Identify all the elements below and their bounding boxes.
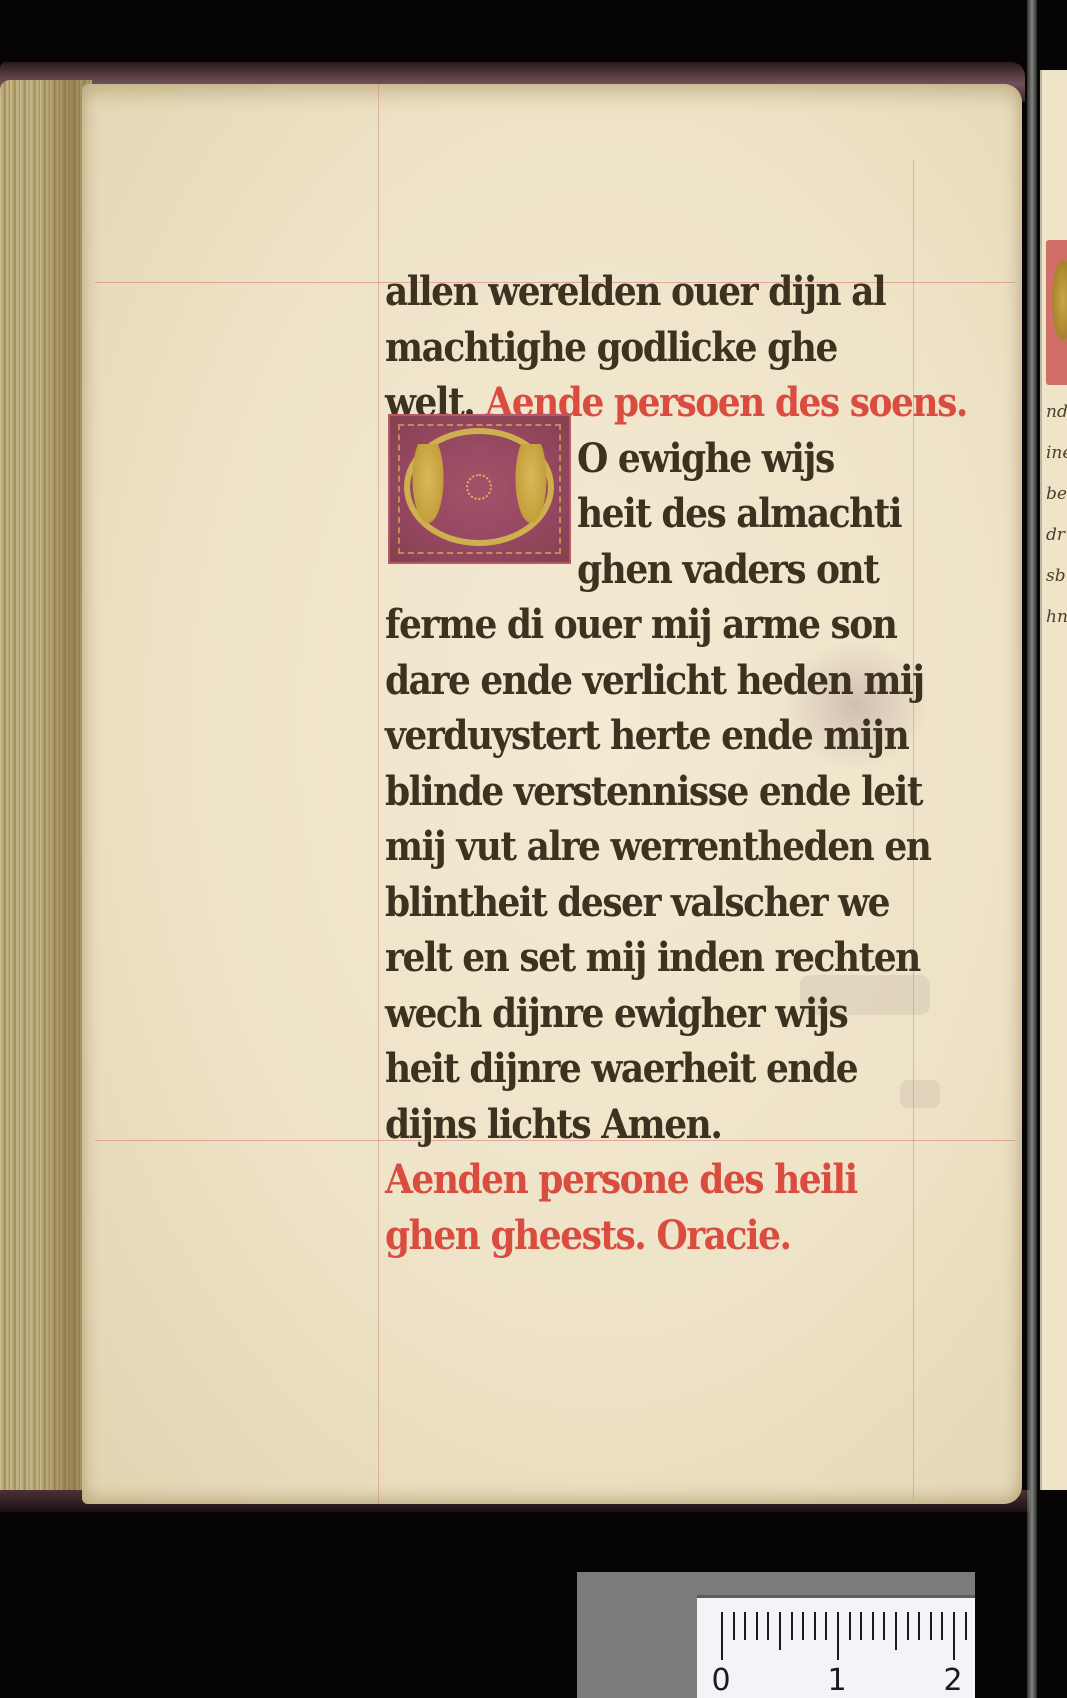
facing-fragment: dr <box>1046 515 1067 556</box>
ruler-tick <box>872 1612 874 1640</box>
facing-page-text: nd ine be dr sb hn <box>1046 392 1067 638</box>
decorated-initial <box>388 414 571 564</box>
ruler-tick <box>895 1612 897 1650</box>
acanthus-leaf-icon <box>410 444 446 530</box>
ruler-tick <box>814 1612 816 1640</box>
ruler-tick <box>791 1612 793 1640</box>
rubric-line: ghen gheests. Oracie. <box>385 1206 940 1268</box>
text-line: mij vut alre werrentheden en <box>385 818 940 880</box>
text-line: machtighe godlicke ghe <box>385 318 940 380</box>
ruler-tick <box>918 1612 920 1640</box>
ruler-tick <box>930 1612 932 1640</box>
ruler-tick <box>941 1612 943 1640</box>
ruler-tick <box>907 1612 909 1640</box>
text-line: verduystert herte ende mijn <box>385 707 940 769</box>
ruler-tick <box>802 1612 804 1640</box>
ruler-label-0: 0 <box>711 1663 730 1698</box>
acanthus-leaf-icon <box>513 444 549 530</box>
rosette-icon <box>466 474 492 500</box>
ruler-tick <box>849 1612 851 1640</box>
text-line: blintheit deser valscher we <box>385 873 940 935</box>
text-line: dare ende verlicht heden mij <box>385 651 940 713</box>
glass-plate-edge <box>1027 0 1037 1698</box>
text-line: wech dijnre ewigher wijs <box>385 984 940 1046</box>
text-line: blinde verstennisse ende leit <box>385 762 940 824</box>
facing-fragment: nd <box>1046 392 1067 433</box>
ruler-tick <box>860 1612 862 1640</box>
scale-ruler: 0 1 2 <box>697 1595 975 1698</box>
rubric-line: Aenden persone des heili <box>385 1151 940 1213</box>
ruler-tick <box>883 1612 885 1640</box>
ruler-label-1: 1 <box>827 1663 846 1698</box>
text-line: dijns lichts Amen. <box>385 1095 940 1157</box>
facing-initial-gold-leaf-icon <box>1052 260 1067 340</box>
ruler-tick <box>779 1612 781 1650</box>
ruler-label-2: 2 <box>943 1663 962 1698</box>
ruler-tick <box>744 1612 746 1640</box>
facing-fragment: ine <box>1046 433 1067 474</box>
text-line: ferme di ouer mij arme son <box>385 596 940 658</box>
facing-fragment: hn <box>1046 597 1067 638</box>
ruler-tick <box>756 1612 758 1640</box>
ruler-tick <box>767 1612 769 1640</box>
ruling-vertical-left <box>378 84 379 1504</box>
ruler-tick <box>721 1612 723 1660</box>
facing-fragment: be <box>1046 474 1067 515</box>
ruler-tick <box>825 1612 827 1640</box>
text-line: heit dijnre waerheit ende <box>385 1040 940 1102</box>
text-line: allen werelden ouer dijn al <box>385 263 940 325</box>
ruler-tick <box>837 1612 839 1660</box>
text-line: relt en set mij inden rechten <box>385 929 940 991</box>
ruler-tick <box>965 1612 967 1640</box>
facing-fragment: sb <box>1046 556 1067 597</box>
ruler-tick <box>953 1612 955 1660</box>
ruler-tick <box>733 1612 735 1640</box>
